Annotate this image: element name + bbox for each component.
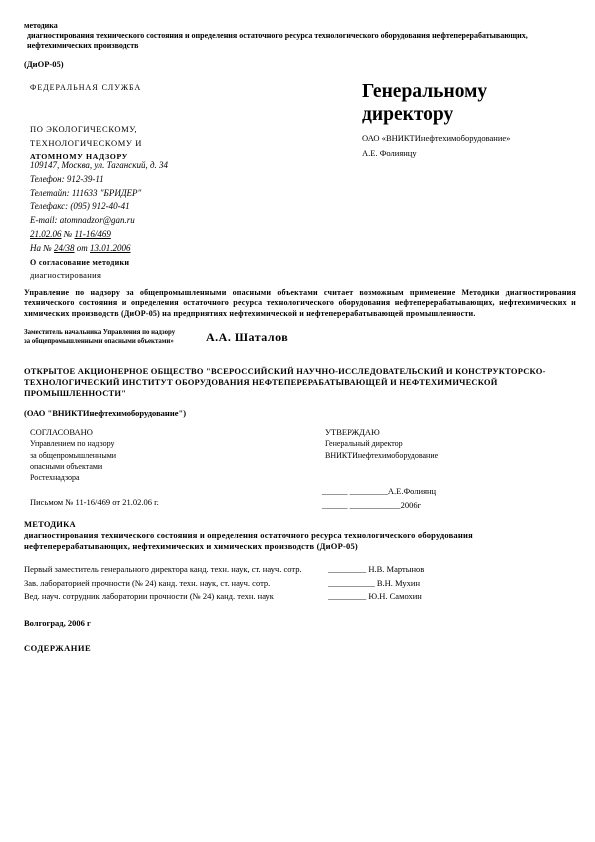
approver-position: Заместитель начальника Управления по над… <box>24 329 192 346</box>
agreed-line4: опасными объектами <box>30 461 116 472</box>
outgoing-no-sign: № <box>64 229 73 239</box>
outgoing-number: 11-16/469 <box>75 229 111 239</box>
agreed-line2: Управлением по надзору <box>30 438 116 449</box>
incoming-date: 13.01.2006 <box>90 243 131 253</box>
sender-name-line1: ФЕДЕРАЛЬНАЯ СЛУЖБА <box>30 83 141 92</box>
sender-teletype: Телетайп: 111633 "БРИДЕР" <box>30 187 168 201</box>
agreed-line3: за общепромышленными <box>30 450 116 461</box>
contents-title: СОДЕРЖАНИЕ <box>24 643 91 653</box>
signature-rule: _________ <box>328 564 366 574</box>
header-note-subtitle: диагностирования технического состояния … <box>24 31 572 51</box>
approved-year: 2006г <box>401 500 422 510</box>
approved-date-line: ______ ____________2006г <box>322 499 436 513</box>
incoming-prefix: На № <box>30 243 52 253</box>
approved-title: УТВЕРЖДАЮ <box>325 427 438 438</box>
methodology-description: диагностирования технического состояния … <box>24 530 572 552</box>
agreed-title: СОГЛАСОВАНО <box>30 427 116 438</box>
signer-position: Вед. науч. сотрудник лаборатории прочнос… <box>24 591 314 602</box>
signer-name: В.Н. Мухин <box>377 578 420 588</box>
agreed-line5: Ростехнадзора <box>30 472 116 483</box>
outgoing-ref-line: 21.02.06 № 11-16/469 <box>30 228 168 242</box>
letter-body: Управление по надзору за общепромышленны… <box>24 288 576 319</box>
approved-signature-block: ______ _________А.Е.Фолиянц ______ _____… <box>322 485 436 512</box>
approver-position-line1: Заместитель начальника Управления по над… <box>24 329 192 338</box>
addressee-salutation: Генеральному директору <box>362 80 582 126</box>
approved-line3: ВНИКТИнефтехимоборудование <box>325 450 438 461</box>
addressee-company: ОАО «ВНИКТИнефтехимоборудование» <box>362 133 582 143</box>
outgoing-date: 21.02.06 <box>30 229 62 239</box>
sender-address: 109147, Москва, ул. Таганский, д. 34 <box>30 159 168 173</box>
approved-line2: Генеральный директор <box>325 438 438 449</box>
signer-position: Зав. лабораторией прочности (№ 24) канд.… <box>24 578 314 589</box>
sender-fax: Телефакс: (095) 912-40-41 <box>30 200 168 214</box>
methodology-heading: МЕТОДИКА диагностирования технического с… <box>24 519 572 552</box>
institute-short-name: (ОАО "ВНИКТИнефтехимоборудование") <box>24 408 186 418</box>
signature-rule: _________ <box>328 591 366 601</box>
approver-position-line2: за общепромышленными опасными объектами» <box>24 338 192 347</box>
incoming-ref-line: На № 24/38 от 13.01.2006 <box>30 242 168 256</box>
agreed-block: СОГЛАСОВАНО Управлением по надзору за об… <box>30 427 116 483</box>
signature-rule: ___________ <box>328 578 375 588</box>
signature-rule: ______ _________ <box>322 486 388 496</box>
approver-name: А.А. Шаталов <box>206 330 288 345</box>
signer-signature: _________ Ю.Н. Самохин <box>328 591 422 601</box>
subject-line1: О согласование методики <box>30 256 168 270</box>
header-note-title: методика <box>24 21 572 31</box>
addressee-block: Генеральному директору ОАО «ВНИКТИнефтех… <box>362 80 582 158</box>
methodology-code: (ДиОР-05) <box>24 59 64 69</box>
signer-name: Ю.Н. Самохин <box>368 591 421 601</box>
agreed-letter-ref: Письмом № 11-16/469 от 21.02.06 г. <box>30 497 159 507</box>
signers-list: Первый заместитель генерального директор… <box>24 564 584 605</box>
signer-position: Первый заместитель генерального директор… <box>24 564 314 575</box>
incoming-number: 24/38 <box>54 243 75 253</box>
approved-signature-line: ______ _________А.Е.Фолиянц <box>322 485 436 499</box>
signer-row: Зав. лабораторией прочности (№ 24) канд.… <box>24 578 584 589</box>
sender-phone: Телефон: 912-39-11 <box>30 173 168 187</box>
subject-line2: диагностирования <box>30 269 168 283</box>
addressee-person: А.Е. Фолиянцу <box>362 148 582 158</box>
signer-row: Вед. науч. сотрудник лаборатории прочнос… <box>24 591 584 602</box>
signer-name: Н.В. Мартынов <box>368 564 424 574</box>
methodology-title: МЕТОДИКА <box>24 519 572 530</box>
incoming-from: от <box>77 243 88 253</box>
signer-row: Первый заместитель генерального директор… <box>24 564 584 575</box>
document-page: методика диагностирования технического с… <box>0 0 595 842</box>
sender-name-line3: ТЕХНОЛОГИЧЕСКОМУ И <box>30 137 142 151</box>
date-rule: ______ ____________ <box>322 500 401 510</box>
sender-name-block: ПО ЭКОЛОГИЧЕСКОМУ, ТЕХНОЛОГИЧЕСКОМУ И АТ… <box>30 123 142 164</box>
sender-contacts: 109147, Москва, ул. Таганский, д. 34 Тел… <box>30 159 168 283</box>
header-note: методика диагностирования технического с… <box>24 21 572 51</box>
city-year: Волгоград, 2006 г <box>24 618 91 628</box>
approver-row: Заместитель начальника Управления по над… <box>24 329 288 346</box>
signer-signature: _________ Н.В. Мартынов <box>328 564 424 574</box>
approved-signer-name: А.Е.Фолиянц <box>388 486 436 496</box>
approved-block: УТВЕРЖДАЮ Генеральный директор ВНИКТИнеф… <box>325 427 438 461</box>
sender-email: E-mail: atomnadzor@gan.ru <box>30 214 168 228</box>
institute-full-name: ОТКРЫТОЕ АКЦИОНЕРНОЕ ОБЩЕСТВО "ВСЕРОССИЙ… <box>24 366 564 399</box>
signer-signature: ___________ В.Н. Мухин <box>328 578 420 588</box>
sender-name-line2: ПО ЭКОЛОГИЧЕСКОМУ, <box>30 123 142 137</box>
